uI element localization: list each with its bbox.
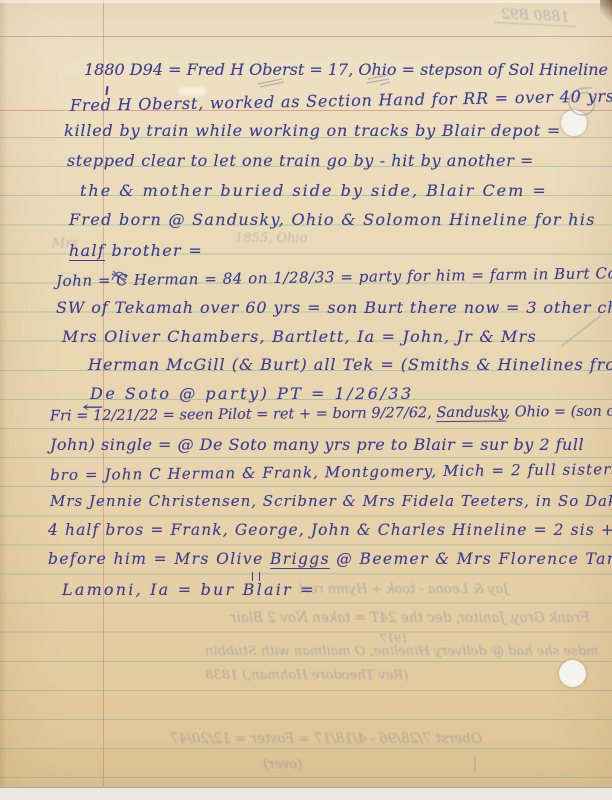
bleedthrough-line-1: Jay & Leona - took + Hymn rest: [298, 582, 508, 597]
line-text: before him = Mrs Olive: [48, 550, 270, 568]
handwritten-line-6: Fred born @ Sandusky, Ohio & Solomon Hin…: [69, 210, 596, 229]
handwritten-line-4: stepped clear to let one train go by - h…: [67, 151, 534, 170]
handwritten-line-17: 4 half bros = Frank, George, John & Char…: [48, 521, 612, 539]
ledger-page: 1880 B92 Mrs 1855, Ohio Jay & Leona - to…: [0, 0, 612, 800]
handwritten-line-11: Herman McGill (& Burt) all Tek = (Smiths…: [88, 355, 612, 374]
ink-tick-mark: [105, 86, 108, 95]
handwritten-line-16: Mrs Jennie Christensen, Scribner & Mrs F…: [50, 492, 612, 510]
handwritten-line-1: 1880 D94 = Fred H Oberst = 17, Ohio = st…: [84, 60, 608, 79]
bleedthrough-year: 1855, Ohio: [235, 231, 307, 246]
handwritten-line-12: De Soto @ party) PT = 1/26/33: [90, 384, 414, 403]
handwritten-line-3: killed by train while working on tracks …: [64, 121, 561, 140]
line-text: , Ohio = (son of: [505, 404, 612, 421]
left-arrow-mark: ←: [82, 398, 103, 416]
page-corner-shadow: [600, 0, 612, 26]
bleedthrough-corner-stamp: 1880 B92: [494, 6, 577, 27]
line-text: brother =: [105, 241, 203, 260]
paper-left-edge-shade: [0, 0, 7, 787]
scan-background-strip: [0, 787, 612, 800]
bleedthrough-line-4: (Rev Theodore Hohman,) 1838: [205, 668, 408, 683]
paper-top-edge-highlight: [0, 0, 612, 3]
underlined-word: Sandusky: [436, 405, 505, 423]
handwritten-line-7: half brother =: [69, 241, 203, 260]
handwritten-line-9: SW of Tekamah over 60 yrs = son Burt the…: [56, 298, 612, 317]
red-head-rule-1: [0, 36, 612, 37]
pencil-stray-stroke: [474, 756, 476, 772]
bleedthrough-line-2: Frank Gray, Janitor, dec the 24T = taken…: [230, 610, 590, 626]
bleedthrough-line-3: mdse she had @ delivery Hineline, O mail…: [205, 644, 598, 659]
underlined-word: Briggs: [270, 550, 330, 569]
handwritten-line-19: Lamoni, Ia = bur Blair =: [62, 580, 316, 599]
handwritten-line-5: the & mother buried side by side, Blair …: [80, 181, 548, 200]
bleedthrough-line-5: Oberst 7/28/96 - 4/18/17 = Foster = 12/2…: [170, 731, 482, 747]
line-text: Fri = 12/21/22 = seen Pilot = ret + = bo…: [50, 405, 437, 424]
punch-hole-bottom: [559, 660, 586, 687]
handwritten-line-18: before him = Mrs Olive Briggs @ Beemer &…: [48, 550, 612, 568]
handwritten-line-10: Mrs Oliver Chambers, Bartlett, Ia = John…: [62, 327, 537, 346]
handwritten-line-14: John) single = @ De Soto many yrs pre to…: [50, 435, 584, 454]
bleedthrough-line-6: (over): [263, 757, 302, 772]
line-text: @ Beemer & Mrs Florence Tarey,: [330, 550, 612, 568]
underlined-word: half: [69, 241, 105, 261]
ditto-marks: [252, 572, 260, 581]
